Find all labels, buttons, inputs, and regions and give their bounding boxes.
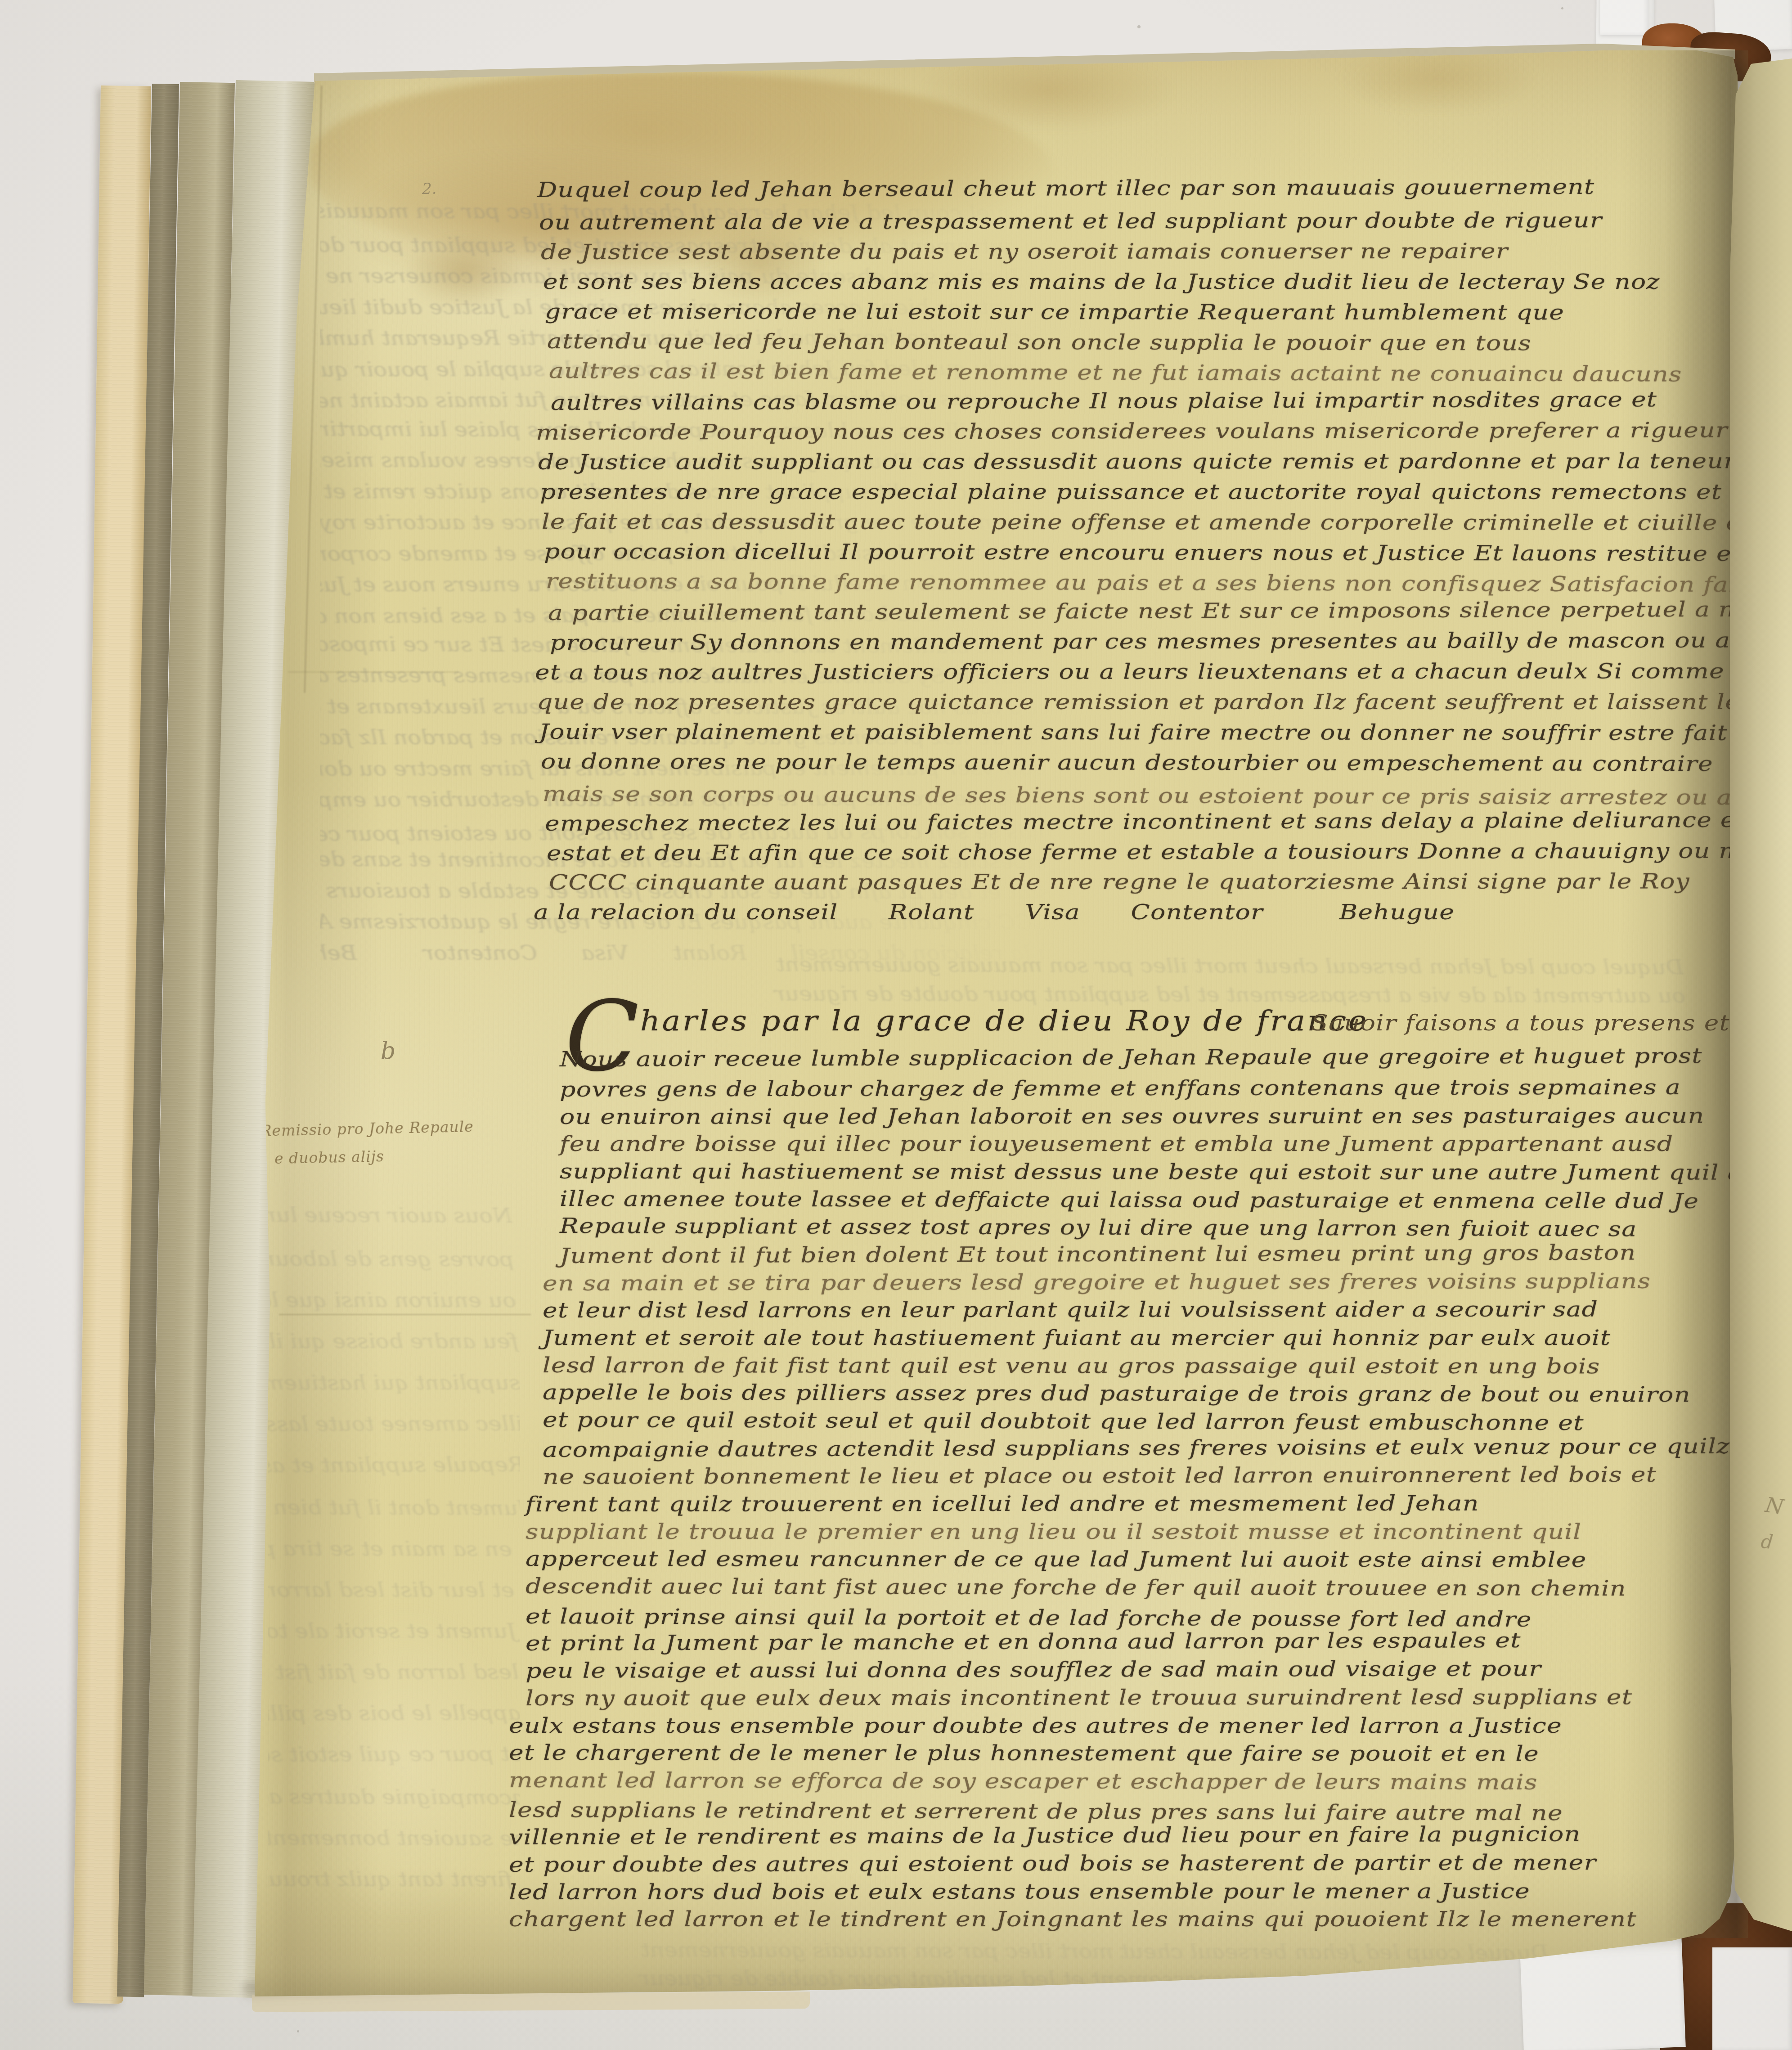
photo-vignette	[0, 0, 1792, 2050]
manuscript-photo: Duquel coup led Jehan berseaul cheut mor…	[0, 0, 1792, 2050]
